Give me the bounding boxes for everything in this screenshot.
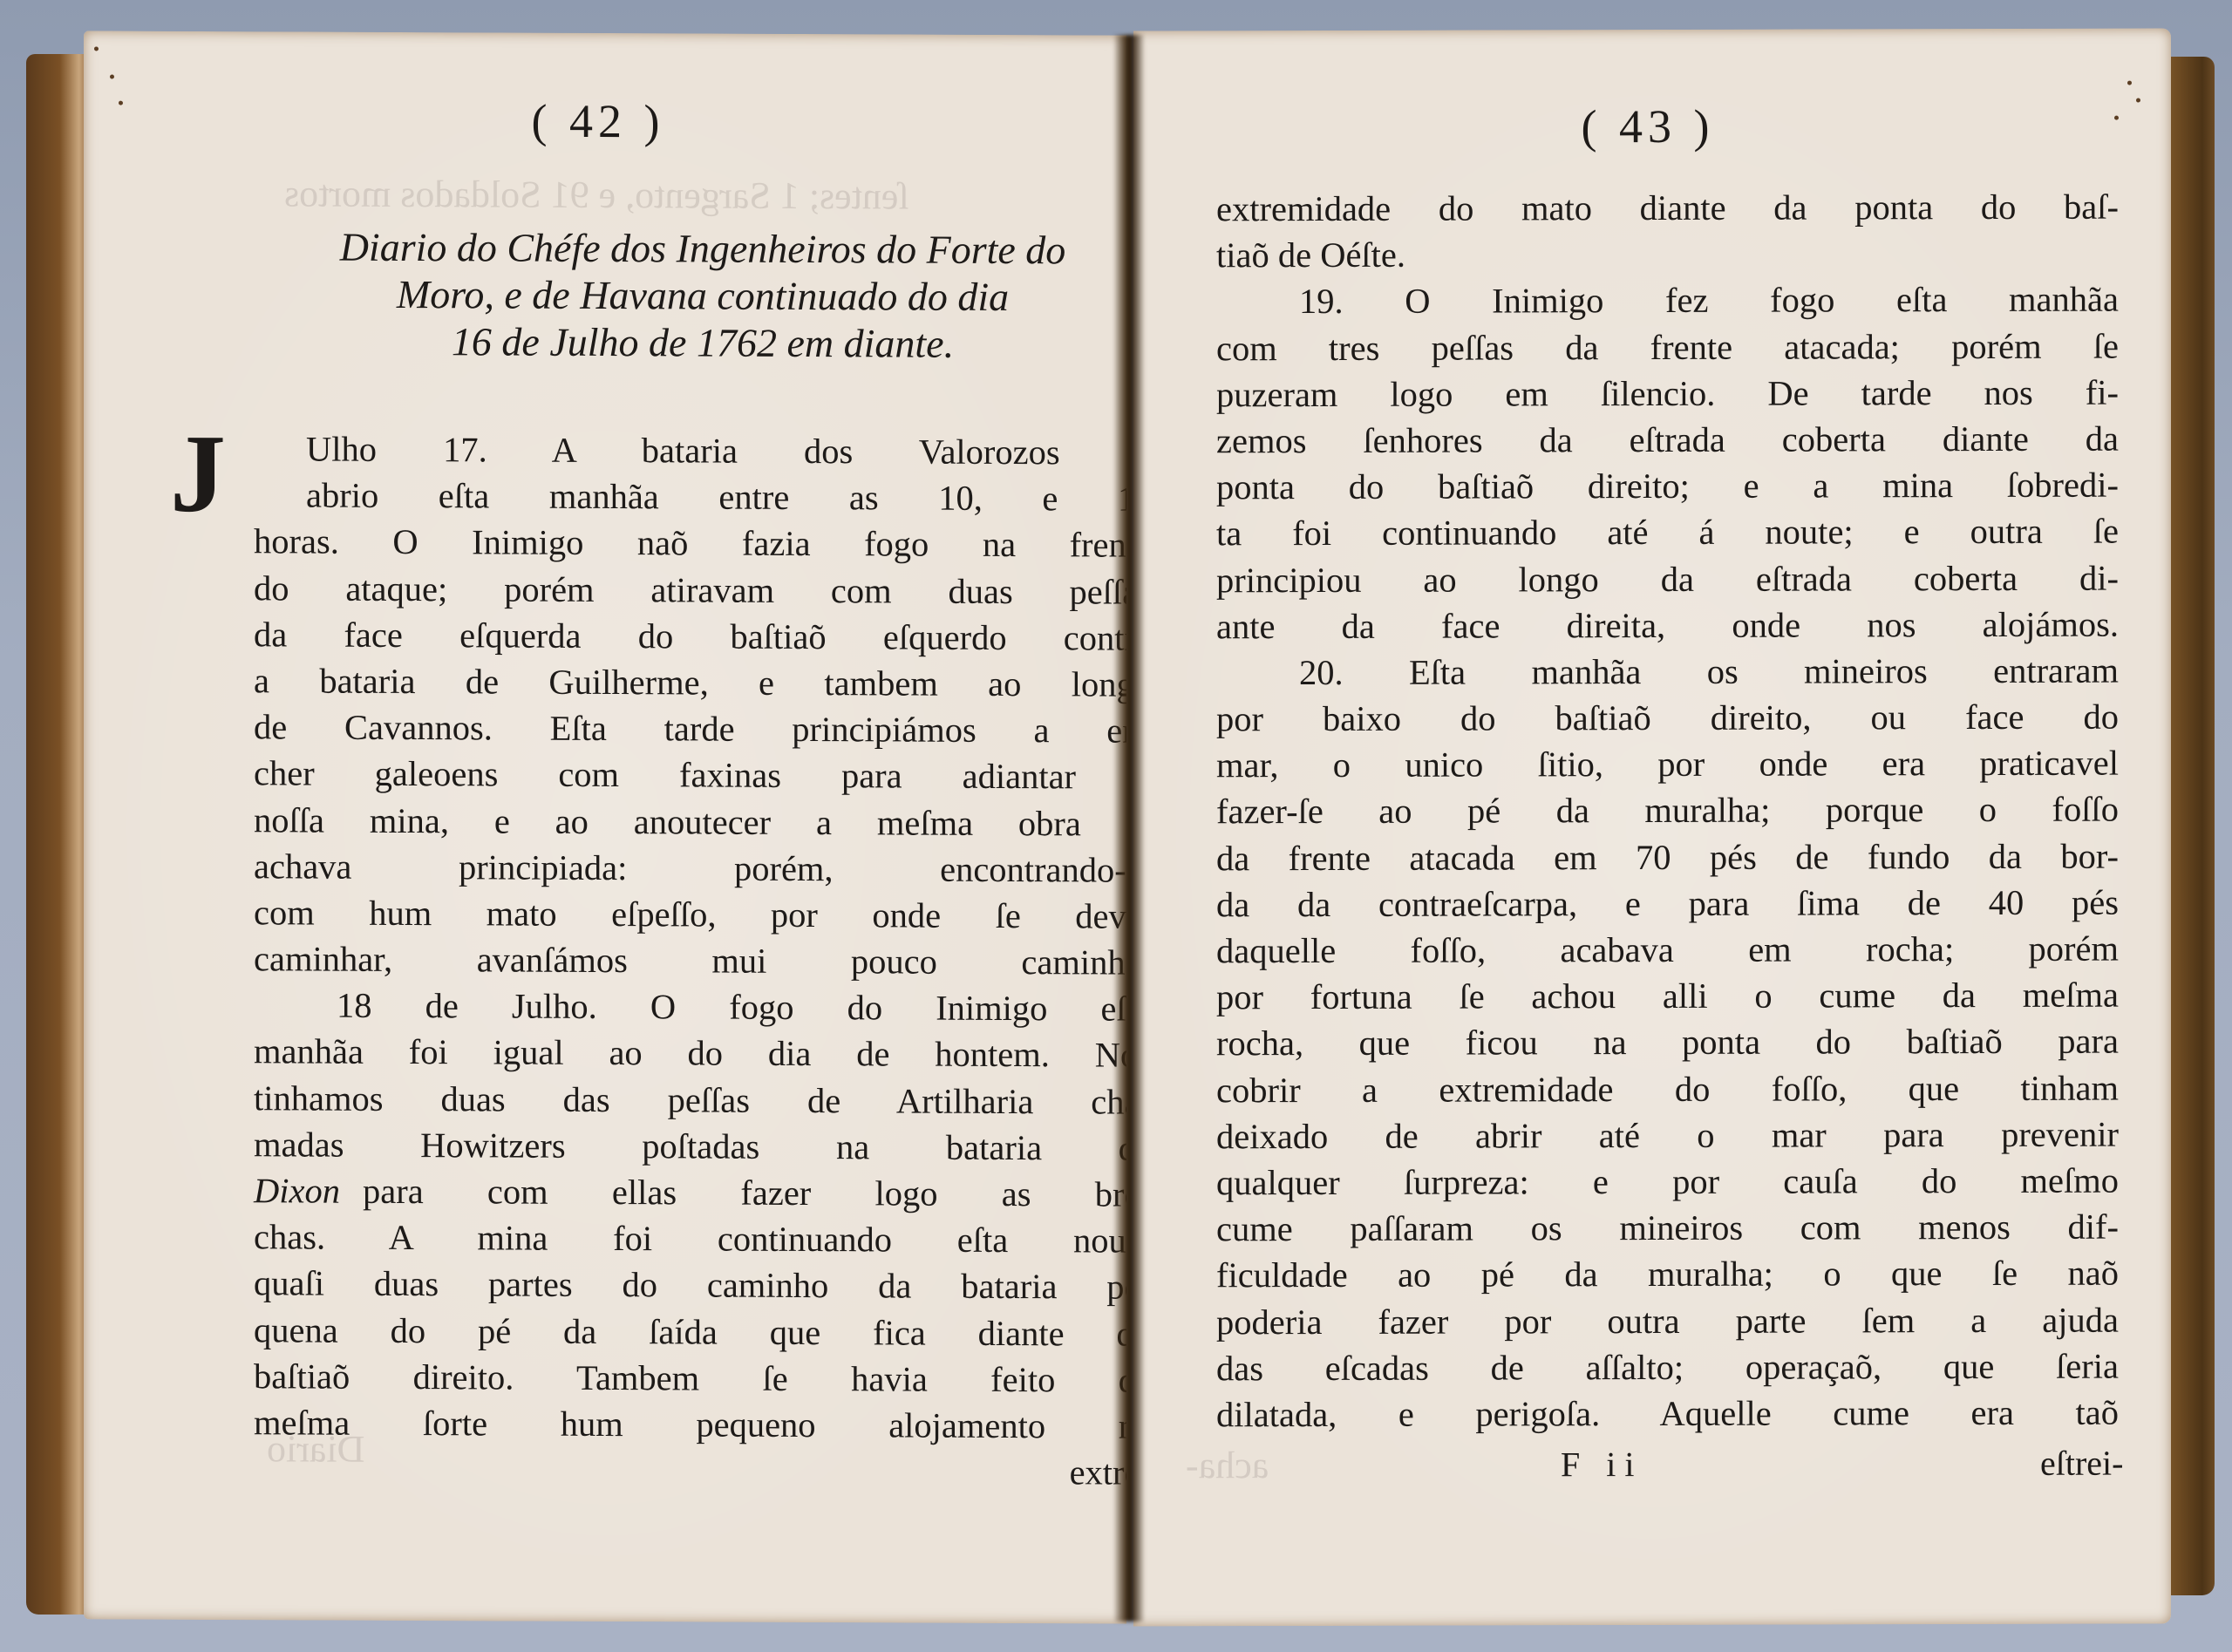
foxing-spot — [110, 75, 114, 79]
text-line: baſtiaõ direito. Tambem ſe havia feito d… — [254, 1353, 1126, 1404]
text-line: da frente atacada em 70 pés de fundo da … — [1216, 833, 2119, 881]
text-line: abrio eſta manhãa entre as 10, e 11 — [254, 472, 1126, 522]
text-line: Dixon para com ellas fazer logo as bre- — [254, 1167, 1126, 1218]
text-line: por baixo do baſtiaõ direito, ou face do — [1216, 694, 2119, 743]
text-line: puzeram logo em ſilencio. De tarde nos f… — [1216, 369, 2119, 418]
text-line: poderia fazer por outra parte ſem a ajud… — [1216, 1296, 2119, 1345]
catchword: eſtrei- — [2040, 1443, 2124, 1484]
text-line: das eſcadas de aſſalto; operaçaõ, que ſe… — [1216, 1343, 2119, 1391]
section-heading: Diario do Chéfe dos Ingenheiros do Forte… — [254, 223, 1126, 368]
text-line: cher galeoens com faxinas para adiantar … — [254, 751, 1126, 801]
text-line: de Cavannos. Eſta tarde principiámos a e… — [254, 704, 1126, 754]
text-line: cobrir a extremidade do foſſo, que tinha… — [1216, 1064, 2119, 1113]
text-line: ante da face direita, onde nos alojámos. — [1216, 601, 2119, 649]
text-line: qualquer ſurpreza: e por cauſa do meſmo — [1216, 1158, 2119, 1207]
foxing-spot — [2114, 116, 2119, 120]
text-line: fazer-ſe ao pé da muralha; porque o foſſ… — [1216, 786, 2119, 835]
book-gutter — [1114, 35, 1144, 1621]
printer-signature-mark: F ii — [1561, 1444, 1643, 1485]
text-line: chas. A mina foi continuando eſta noute — [254, 1214, 1126, 1264]
italic-word: Dixon — [254, 1167, 340, 1214]
text-line: quaſi duas partes do caminho da bataria … — [254, 1261, 1126, 1311]
text-line: caminhar, avanſámos mui pouco caminho. — [254, 935, 1126, 986]
text-line: tiaõ de Oéſte. — [1216, 230, 2119, 279]
text-line: ta foi continuando até á noute; e outra … — [1216, 508, 2119, 557]
text-line: zemos ſenhores da eſtrada coberta diante… — [1216, 416, 2119, 465]
text-line: da face eſquerda do baſtiaõ eſquerdo con… — [254, 611, 1126, 662]
body-text: extremidade do mato diante da ponta do b… — [1216, 184, 2119, 1438]
text-line: madas Howitzers poſtadas na bataria de — [254, 1121, 1126, 1172]
text-line: da da contraeſcarpa, e para ſima de 40 p… — [1216, 879, 2119, 928]
text-line: extremidade do mato diante da ponta do b… — [1216, 184, 2119, 233]
text-line: meſma ſorte hum pequeno alojamento na — [254, 1399, 1126, 1450]
page-number: ( 43 ) — [1517, 99, 1779, 154]
text-line: tinhamos duas das peſſas de Artilharia c… — [254, 1075, 1126, 1125]
left-page: ſentes; 1 Sargento, e 91 Soldados mortos… — [84, 31, 1126, 1623]
text-line: noſſa mina, e ao anoutecer a meſma obra … — [254, 797, 1126, 847]
text-line: Ulho 17. A bataria dos Valorozos ſe — [254, 425, 1126, 476]
text-line: achava principiada: porém, encontrando-ſ… — [254, 843, 1126, 894]
text-line: com hum mato eſpeſſo, por onde ſe devia — [254, 889, 1126, 940]
drop-cap: J — [170, 425, 226, 521]
foxing-spot — [94, 46, 99, 51]
text-line: 20. Eſta manhãa os mineiros entraram — [1216, 647, 2119, 696]
text-line: daquelle foſſo, acabava em rocha; porém — [1216, 926, 2119, 975]
text-line: quena do pé da ſaída que fica diante do — [254, 1307, 1126, 1357]
text-line: deixado de abrir até o mar para prevenir — [1216, 1111, 2119, 1159]
text-line: rocha, que ficou na ponta do baſtiaõ par… — [1216, 1018, 2119, 1067]
text-line: 19. O Inimigo fez fogo eſta manhãa — [1216, 276, 2119, 325]
text-line: por fortuna ſe achou alli o cume da meſm… — [1216, 972, 2119, 1021]
foxing-spot — [119, 101, 123, 105]
text-line: manhãa foi igual ao do dia de hontem. Nó… — [254, 1029, 1126, 1079]
page-number: ( 42 ) — [467, 93, 729, 148]
text-line-rest: para com ellas fazer logo as bre- — [363, 1168, 1126, 1218]
text-line: a bataria de Guilherme, e tambem ao long… — [254, 657, 1126, 708]
text-line: com tres peſſas da frente atacada; porém… — [1216, 323, 2119, 371]
catchword: extre- — [254, 1445, 1126, 1496]
text-line: ponta do baſtiaõ direito; e a mina ſobre… — [1216, 462, 2119, 511]
foxing-spot — [2136, 99, 2140, 103]
foxing-spot — [2127, 81, 2132, 85]
bleed-through-text: acha- — [1186, 1443, 1269, 1487]
text-line: do ataque; porém atiravam com duas peſſa… — [254, 565, 1126, 615]
bleed-through-text: ſentes; 1 Sargento, e 91 Soldados mortos — [284, 171, 909, 218]
text-line: horas. O Inimigo naõ fazia fogo na frent… — [254, 519, 1126, 569]
heading-line: Diario do Chéfe dos Ingenheiros do Forte… — [254, 223, 1126, 274]
heading-line: Moro, e de Havana continuado do dia — [254, 270, 1126, 321]
right-page: acha- ( 43 ) extremidade do mato diante … — [1133, 28, 2171, 1626]
text-line: mar, o unico ſitio, por onde era pratica… — [1216, 740, 2119, 789]
body-text: Ulho 17. A bataria dos Valorozos ſe abri… — [254, 425, 1126, 1496]
heading-line: 16 de Julho de 1762 em diante. — [254, 317, 1126, 368]
text-line: principiou ao longo da eſtrada coberta d… — [1216, 554, 2119, 603]
text-line: ficuldade ao pé da muralha; o que ſe naõ — [1216, 1250, 2119, 1299]
text-line: 18 de Julho. O fogo do Inimigo eſta — [254, 982, 1126, 1032]
text-line: cume paſſaram os mineiros com menos dif- — [1216, 1204, 2119, 1253]
text-line: dilatada, e perigoſa. Aquelle cume era t… — [1216, 1389, 2119, 1438]
